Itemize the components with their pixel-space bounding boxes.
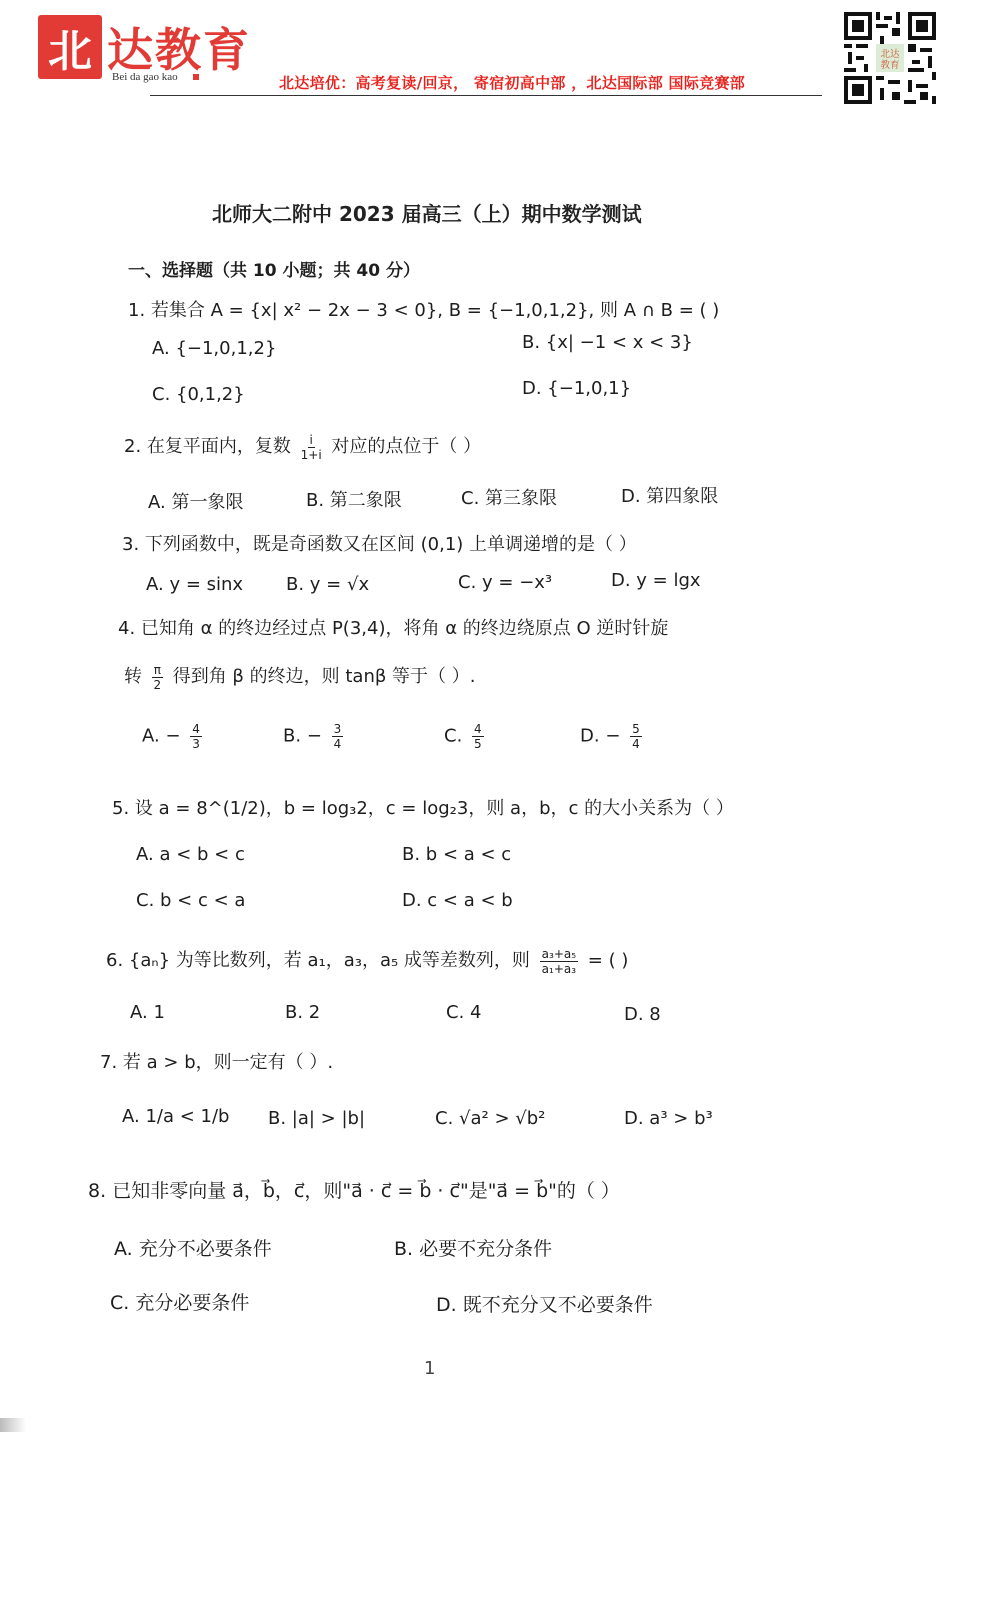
- question-number: 3.: [122, 534, 139, 555]
- option-label: C.: [444, 726, 462, 747]
- qr-code-icon: 北达 教育: [844, 12, 936, 104]
- question-stem: 已知非零向量 a⃗，b⃗，c⃗，则"a⃗ · c⃗ = b⃗ · c⃗"是"a⃗…: [112, 1180, 620, 1202]
- option-d: D. a³ > b³: [624, 1108, 713, 1129]
- option-d: D. c < a < b: [402, 890, 513, 911]
- option-sign: −: [165, 726, 180, 747]
- question-number: 8.: [88, 1180, 106, 1202]
- numerator: a₃+a₅: [540, 947, 578, 962]
- question-1: 1. 若集合 A = {x| x² − 2x − 3 < 0}, B = {−1…: [128, 296, 719, 322]
- brand-square-icon: [193, 74, 199, 80]
- option-d: D. 既不充分又不必要条件: [436, 1290, 653, 1317]
- option-d: D. 8: [624, 1004, 661, 1025]
- option-b: B. b < a < c: [402, 844, 511, 865]
- header-slogan: 北达培优：高考复读/回京， 寄宿初高中部 ，北达国际部 国际竞赛部: [279, 72, 745, 93]
- question-stem: 转: [124, 666, 142, 687]
- option-b: B. 第二象限: [306, 486, 402, 512]
- question-4-line-2: 转 π2 得到角 β 的终边，则 tanβ 等于（ ）.: [124, 662, 476, 692]
- scan-shadow: [0, 1418, 26, 1432]
- question-stem: 下列函数中，既是奇函数又在区间 (0,1) 上单调递增的是（ ）: [145, 534, 637, 555]
- option-a: A. y = sinx: [146, 574, 243, 595]
- option-sign: −: [307, 726, 322, 747]
- denominator: 1+i: [301, 448, 322, 462]
- question-7: 7. 若 a > b，则一定有（ ）.: [100, 1048, 333, 1074]
- option-b: B. |a| > |b|: [268, 1108, 365, 1129]
- question-stem-end: 对应的点位于（ ）: [331, 436, 481, 457]
- option-c: C. b < c < a: [136, 890, 245, 911]
- option-a: A. 第一象限: [148, 488, 243, 514]
- option-a: A. {−1,0,1,2}: [152, 338, 276, 359]
- option-d: D. − 54: [580, 722, 646, 751]
- option-d: D. {−1,0,1}: [522, 378, 631, 399]
- option-c: C. √a² > √b²: [435, 1108, 545, 1129]
- question-number: 4.: [118, 618, 135, 639]
- question-6: 6. {aₙ} 为等比数列，若 a₁，a₃，a₅ 成等差数列，则 a₃+a₅a₁…: [106, 946, 628, 976]
- fraction: π2: [152, 663, 163, 692]
- numerator: 4: [190, 722, 202, 737]
- option-d: D. 第四象限: [621, 482, 718, 508]
- option-label: A.: [142, 726, 160, 747]
- brand-subtitle: Bei da gao kao: [112, 71, 178, 83]
- question-number: 2.: [124, 436, 141, 457]
- option-c: C. 第三象限: [461, 484, 557, 510]
- brand-logo-mark: 北: [38, 15, 102, 79]
- question-stem: 已知角 α 的终边经过点 P(3,4)，将角 α 的终边绕原点 O 逆时针旋: [141, 618, 668, 639]
- fraction: 54: [630, 722, 642, 751]
- option-d: D. y = lgx: [611, 570, 701, 591]
- numerator: 5: [630, 722, 642, 737]
- option-c: C. 充分必要条件: [110, 1288, 249, 1315]
- question-stem: 若集合 A = {x| x² − 2x − 3 < 0}, B = {−1,0,…: [151, 300, 719, 321]
- option-a: A. 充分不必要条件: [114, 1234, 272, 1261]
- fraction: 45: [472, 722, 484, 751]
- numerator: 3: [332, 722, 344, 737]
- option-a: A. 1: [130, 1002, 165, 1023]
- question-number: 7.: [100, 1052, 117, 1073]
- question-number: 1.: [128, 300, 145, 321]
- question-stem: 若 a > b，则一定有（ ）.: [123, 1052, 333, 1073]
- fraction: 43: [190, 722, 202, 751]
- fraction: a₃+a₅a₁+a₃: [540, 947, 578, 976]
- page-number: 1: [424, 1358, 435, 1379]
- denominator: 4: [632, 737, 640, 751]
- question-4: 4. 已知角 α 的终边经过点 P(3,4)，将角 α 的终边绕原点 O 逆时针…: [118, 614, 668, 640]
- option-sign: −: [605, 726, 620, 747]
- numerator: i: [308, 433, 315, 448]
- header-divider: [150, 95, 822, 96]
- denominator: 3: [192, 737, 200, 751]
- denominator: 5: [474, 737, 482, 751]
- question-stem: {aₙ} 为等比数列，若 a₁，a₃，a₅ 成等差数列，则: [129, 950, 530, 971]
- option-c: C. 4: [446, 1002, 481, 1023]
- denominator: 2: [154, 678, 162, 692]
- svg-text:北达: 北达: [880, 48, 900, 60]
- option-label: B.: [283, 726, 301, 747]
- option-c: C. {0,1,2}: [152, 384, 245, 405]
- question-2: 2. 在复平面内，复数 i1+i 对应的点位于（ ）: [124, 432, 481, 462]
- fraction: i1+i: [301, 433, 322, 462]
- option-b: B. 必要不充分条件: [394, 1234, 552, 1261]
- denominator: 4: [334, 737, 342, 751]
- option-b: B. − 34: [283, 722, 347, 751]
- question-8: 8. 已知非零向量 a⃗，b⃗，c⃗，则"a⃗ · c⃗ = b⃗ · c⃗"是…: [88, 1176, 620, 1203]
- question-stem: 设 a = 8^(1/2)，b = log₃2，c = log₂3，则 a，b，…: [135, 798, 734, 819]
- numerator: π: [152, 663, 163, 678]
- numerator: 4: [472, 722, 484, 737]
- question-5: 5. 设 a = 8^(1/2)，b = log₃2，c = log₂3，则 a…: [112, 794, 734, 820]
- question-number: 6.: [106, 950, 123, 971]
- option-c: C. 45: [444, 722, 488, 751]
- option-a: A. a < b < c: [136, 844, 245, 865]
- option-label: D.: [580, 726, 600, 747]
- option-b: B. 2: [285, 1002, 320, 1023]
- logo-char: 北: [48, 15, 92, 79]
- denominator: a₁+a₃: [542, 962, 576, 976]
- question-3: 3. 下列函数中，既是奇函数又在区间 (0,1) 上单调递增的是（ ）: [122, 530, 637, 556]
- option-b: B. y = √x: [286, 574, 369, 595]
- section-heading: 一、选择题（共 10 小题；共 40 分）: [128, 256, 420, 281]
- svg-text:教育: 教育: [880, 59, 900, 71]
- question-stem-end: 得到角 β 的终边，则 tanβ 等于（ ）.: [173, 666, 476, 687]
- option-c: C. y = −x³: [458, 572, 552, 593]
- option-a: A. − 43: [142, 722, 206, 751]
- option-b: B. {x| −1 < x < 3}: [522, 332, 693, 353]
- exam-title: 北师大二附中 2023 届高三（上）期中数学测试: [212, 198, 642, 227]
- question-stem: 在复平面内，复数: [147, 436, 291, 457]
- option-a: A. 1/a < 1/b: [122, 1106, 229, 1127]
- fraction: 34: [332, 722, 344, 751]
- question-stem-end: = ( ): [588, 950, 629, 971]
- question-number: 5.: [112, 798, 129, 819]
